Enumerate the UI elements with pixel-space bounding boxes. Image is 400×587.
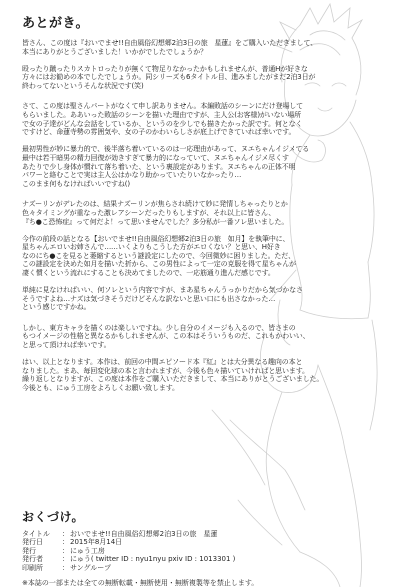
afterword-paragraph-6: 今作の前段の話となる【おいでませ!!自由風俗幻想郷2泊3日の旅 如月】を執筆中に… [22,235,342,278]
colophon-row-issuer: 発行者 ： にゅう( twitter ID : nyu1nyu pxiv ID … [22,555,352,563]
colophon-key: 発行 [22,547,62,555]
text-line: 星ちゃんエロいお姉さんで……いくよりもこうした方がエロくない？と思い、H好き [22,243,342,252]
text-line: 『ち●こ恐怖症』って何だよ！って思いませんでした？多分私が一番ソレ思いました。 [22,218,342,227]
text-line: 方々にはお勧めの本でしたでしょうか。同シリーズも6タイトル目、進みましたがまだ2… [22,73,342,82]
afterword-paragraph-3: さて、この度は聖さんパートがなくて申し訳ありません。本編敗話のシーンにだけ登場し… [22,102,342,136]
afterword-paragraph-8: しかし、東方キャラを描くのは楽しいですね。少し自分のイメージも入るので、皆さまの… [22,324,342,350]
text-line: 繰り返しとなりますが、この度は本作をご購入いただきまして、本当にありがとうござい… [22,375,342,384]
colophon-separator: ： [62,564,70,572]
text-line: ナズーリンがデレたのは、結果ナズーリンが焦らされ続けて妙に発情しちゃったりとか [22,200,342,209]
text-line: 最中は若干暗男の精力回復が効きすぎて暴力的になっていて、ヌエちゃんイジメ尽くす [22,154,342,163]
colophon-separator: ： [62,538,70,546]
text-line: 最初男性が妙に暴力的で、後半落ち着いているのは一応理由があって、ヌエちゃんイジメ… [22,145,342,154]
text-line: 皆さん、この度は『おいでませ!!自由風俗幻想郷2泊3日の旅 星蓮』をご購入いただ… [22,39,342,48]
text-line: 本当にありがとうございました！いかがでしたでしょうか？ [22,48,342,57]
afterword-paragraph-4: 最初男性が妙に暴力的で、後半落ち着いているのは一応理由があって、ヌエちゃんイジメ… [22,145,342,188]
text-line: と思って頂ければ幸いです。 [22,341,342,350]
afterword-heading: あとがき。 [22,12,342,31]
afterword-paragraph-2: 殴ったり蹴ったりスカトロったりが無くて物足りなかったかもしれませんが、普通Hが好… [22,65,342,91]
colophon-value: サングループ [70,564,111,572]
afterword-paragraph-5: ナズーリンがデレたのは、結果ナズーリンが焦らされ続けて妙に発情しちゃったりとか … [22,200,342,226]
colophon-key: 発行者 [22,555,62,563]
text-line: 凄く慣くという流れにすることも決めてましたので、一応筋通り進んだ感じです。 [22,269,342,278]
colophon-row-publisher: 発行 ： にゅう工房 [22,547,352,555]
text-line: 殴ったり蹴ったりスカトロったりが無くて物足りなかったかもしれませんが、普通Hが好… [22,65,342,74]
colophon-separator: ： [62,547,70,555]
text-line: 今作の前段の話となる【おいでませ!!自由風俗幻想郷2泊3日の旅 如月】を執筆中に… [22,235,342,244]
afterword-section: あとがき。 皆さん、この度は『おいでませ!!自由風俗幻想郷2泊3日の旅 星蓮』を… [22,12,342,401]
colophon-heading: おくづけ。 [22,508,352,525]
colophon-key: 発行日 [22,538,62,546]
afterword-paragraph-1: 皆さん、この度は『おいでませ!!自由風俗幻想郷2泊3日の旅 星蓮』をご購入いただ… [22,39,342,56]
colophon-key: 印刷所 [22,564,62,572]
afterword-paragraph-7: 単純に見なければいい、何ソレという内容ですが、まあ星ちゃんうっかりだから気づかな… [22,286,342,312]
colophon-row-date: 発行日 ： 2015年8月14日 [22,538,352,546]
text-line: あたりで少し身体が慣れて落ち着いた、という裏設定があります。ヌエちゃんの正体不明 [22,163,342,172]
afterword-paragraph-9: はい、以上となります。本作は、前回の中間エピソード本『紅』とは大分異なる趣向の本… [22,358,342,392]
text-line: 終わってないというそんな状況です(笑) [22,82,342,91]
colophon-value: 2015年8月14日 [70,538,122,546]
text-line: もつイメージの性格と異なるかもしれませんが、この本はそういうものだ、これもかわい… [22,332,342,341]
text-line: 今後とも、にゅう工房をよろしくお願い致します。 [22,384,342,393]
text-line: パワーと絡むことで実は主人公はかなり助かっていたりいなかったり… [22,171,342,180]
colophon-section: おくづけ。 タイトル ： おいでませ!!自由風俗幻想郷2泊3日の旅 星蓮 発行日… [22,508,352,587]
colophon-value: にゅう工房 [70,547,105,555]
colophon-row-printer: 印刷所 ： サングループ [22,564,352,572]
colophon-separator: ： [62,555,70,563]
text-line: さて、この度は聖さんパートがなくて申し訳ありません。本編敗話のシーンにだけ登場し… [22,102,342,111]
text-line: そうですよね…ナズは気づきそうだけどそんな訳ないと思い口にも出さなかった… [22,295,342,304]
text-line: 色々タイミングが重なった激レアシーンだったりもしますが、それ以上に皆さん、 [22,209,342,218]
copyright-notice: ※本誌の一部または全ての無断転載・無断使用・無断複製等を禁止します。 [22,578,352,587]
text-line: もらいました。ああいった敗話のシーンを描いた理由ですが、主人公(お客様)がいない… [22,111,342,120]
text-line: で女の子達がどんな会話をしているか、というのを少しでも描きたかった訳です。何とな… [22,120,342,129]
text-line: ですけど、命蓮寺勢の雰囲気や、女の子のかわいらしさが底上げできていれば幸いです。 [22,128,342,137]
text-line: という感じですかね。 [22,303,342,312]
text-line: このまま何もなければいいですね() [22,180,342,189]
colophon-value: にゅう( twitter ID : nyu1nyu pxiv ID : 1013… [70,555,235,563]
text-line: 単純に見なければいい、何ソレという内容ですが、まあ星ちゃんうっかりだから気づかな… [22,286,342,295]
text-line: はい、以上となります。本作は、前回の中間エピソード本『紅』とは大分異なる趣向の本… [22,358,342,367]
colophon-separator: ： [62,530,70,538]
text-line: この謎設定を決めた如月を描いた折から、この男性によって一定の克服を得て星ちゃんが [22,260,342,269]
